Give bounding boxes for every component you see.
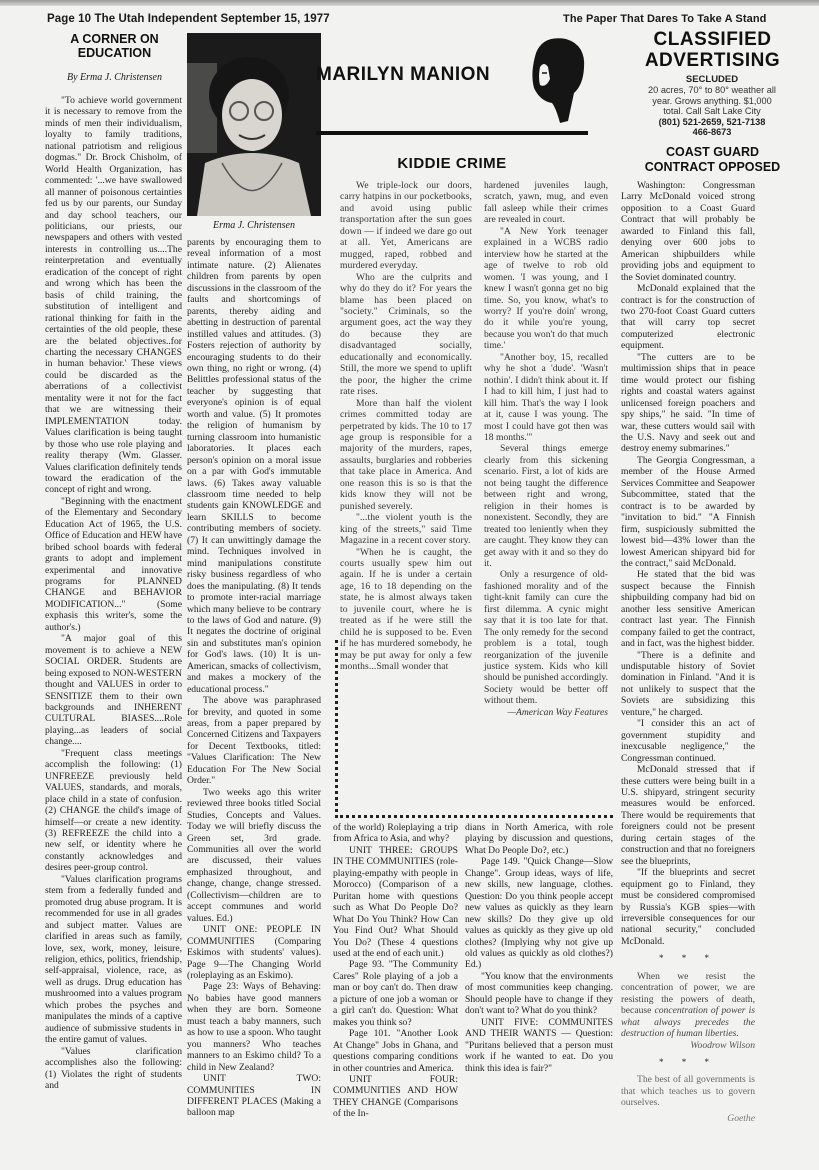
separator: * * * [621, 1057, 755, 1068]
ad-phone: (801) 521-2659, 521-7138 [612, 117, 812, 127]
page-masthead: Page 10 The Utah Independent September 1… [47, 13, 330, 25]
paragraph: "Beginning with the enactment of the Ele… [45, 496, 182, 633]
education-byline: By Erma J. Christensen [47, 72, 182, 83]
paragraph: UNIT FOUR: COMMUNITIES AND HOW THEY CHAN… [333, 1074, 458, 1120]
ad-phone: 466-8673 [612, 127, 812, 137]
paragraph: UNIT THREE: GROUPS IN THE COMMUNITIES (r… [333, 845, 458, 960]
paragraph: "There is a definite and undisputable hi… [621, 650, 755, 719]
scan-edge [0, 0, 819, 6]
paragraph: "Values clarification accomplishes also … [45, 1046, 182, 1092]
paragraph: Page 23: Ways of Behaving: No babies hav… [187, 981, 321, 1073]
paragraph: Several things emerge clearly from this … [484, 443, 608, 569]
author-photo-erma [187, 33, 321, 216]
paragraph: The Georgia Congressman, a member of the… [621, 455, 755, 570]
quote-goethe: The best of all governments is that whic… [621, 1074, 755, 1108]
paragraph: "Another boy, 15, recalled why he shot a… [484, 352, 608, 444]
classified-heading: CLASSIFIED ADVERTISING [615, 29, 810, 71]
paragraph: "If the blueprints and secret equipment … [621, 867, 755, 947]
kiddie-crime-column-2: hardened juveniles laugh, scratch, yawn,… [484, 180, 608, 718]
coast-guard-column: Washington: Congressman Larry McDonald v… [621, 180, 755, 1124]
paragraph: "...the violent youth is the king of the… [340, 512, 472, 546]
paragraph: "To achieve world government it is neces… [45, 95, 182, 496]
paragraph: "A major goal of this movement is to ach… [45, 633, 182, 748]
columnist-portrait-manion [528, 33, 588, 123]
paragraph: dians in North America, with role playin… [465, 822, 613, 856]
columnist-name: MARILYN MANION [316, 64, 526, 86]
paragraph: of the world) Roleplaying a trip from Af… [333, 822, 458, 845]
quote-author: Woodrow Wilson [621, 1040, 755, 1051]
paragraph: "You know that the environments of most … [465, 971, 613, 1017]
paragraph: We triple-lock our doors, carry hatpins … [340, 180, 472, 272]
classified-ad-secluded: SECLUDED 20 acres, 70° to 80° weather al… [612, 75, 812, 137]
article-headline-kiddie-crime: KIDDIE CRIME [316, 155, 588, 172]
ad-title: SECLUDED [612, 75, 812, 85]
paragraph: Two weeks ago this writer reviewed three… [187, 787, 321, 924]
paragraph: Page 149. "Quick Change—Slow Change". Gr… [465, 856, 613, 971]
education-headline: A CORNER ON EDUCATION [47, 32, 182, 60]
paragraph: "Frequent class meetings accomplish the … [45, 748, 182, 874]
paragraph: McDonald explained that the contract is … [621, 283, 755, 352]
paragraph: hardened juveniles laugh, scratch, yawn,… [484, 180, 608, 226]
paragraph: UNIT FIVE: COMMUNITES AND THEIR WANTS — … [465, 1017, 613, 1074]
paragraph: Page 101. "Another Look At Change" Jobs … [333, 1028, 458, 1074]
paragraph: "Values clarification programs stem from… [45, 874, 182, 1046]
page-slogan: The Paper That Dares To Take A Stand [563, 13, 766, 25]
paragraph: The above was paraphrased for brevity, a… [187, 695, 321, 787]
paragraph: UNIT ONE: PEOPLE IN COMMUNITIES (Compari… [187, 924, 321, 981]
education-column-4: dians in North America, with role playin… [465, 822, 613, 1074]
paragraph: "I consider this an act of government st… [621, 718, 755, 764]
paragraph: Page 93. "The Community Cares" Role play… [333, 959, 458, 1028]
article-box-border [335, 640, 613, 818]
photo-caption: Erma J. Christensen [187, 220, 321, 231]
quote-wilson: When we resist the concentration of powe… [621, 971, 755, 1040]
paragraph: More than half the violent crimes commit… [340, 398, 472, 513]
quote-author: Goethe [621, 1113, 755, 1124]
paragraph: McDonald stressed that if these cutters … [621, 764, 755, 867]
kiddie-crime-column-1: We triple-lock our doors, carry hatpins … [340, 180, 472, 672]
education-column-3: of the world) Roleplaying a trip from Af… [333, 822, 458, 1120]
paragraph: parents by encouraging them to reveal in… [187, 237, 321, 695]
paragraph: "A New York teenager explained in a WCBS… [484, 226, 608, 352]
separator: * * * [621, 953, 755, 964]
coast-guard-headline: COAST GUARD CONTRACT OPPOSED [615, 145, 810, 175]
education-column-2: parents by encouraging them to reveal in… [187, 237, 321, 1119]
education-column-1: "To achieve world government it is neces… [45, 95, 182, 1091]
paragraph: UNIT TWO: COMMUNITIES IN DIFFERENT PLACE… [187, 1073, 321, 1119]
column-divider-rule [316, 131, 588, 135]
paragraph: "The cutters are to be multimission ship… [621, 352, 755, 455]
paragraph: Who are the culprits and why do they do … [340, 272, 472, 398]
paragraph: Washington: Congressman Larry McDonald v… [621, 180, 755, 283]
paragraph: He stated that the bid was suspect becau… [621, 569, 755, 649]
